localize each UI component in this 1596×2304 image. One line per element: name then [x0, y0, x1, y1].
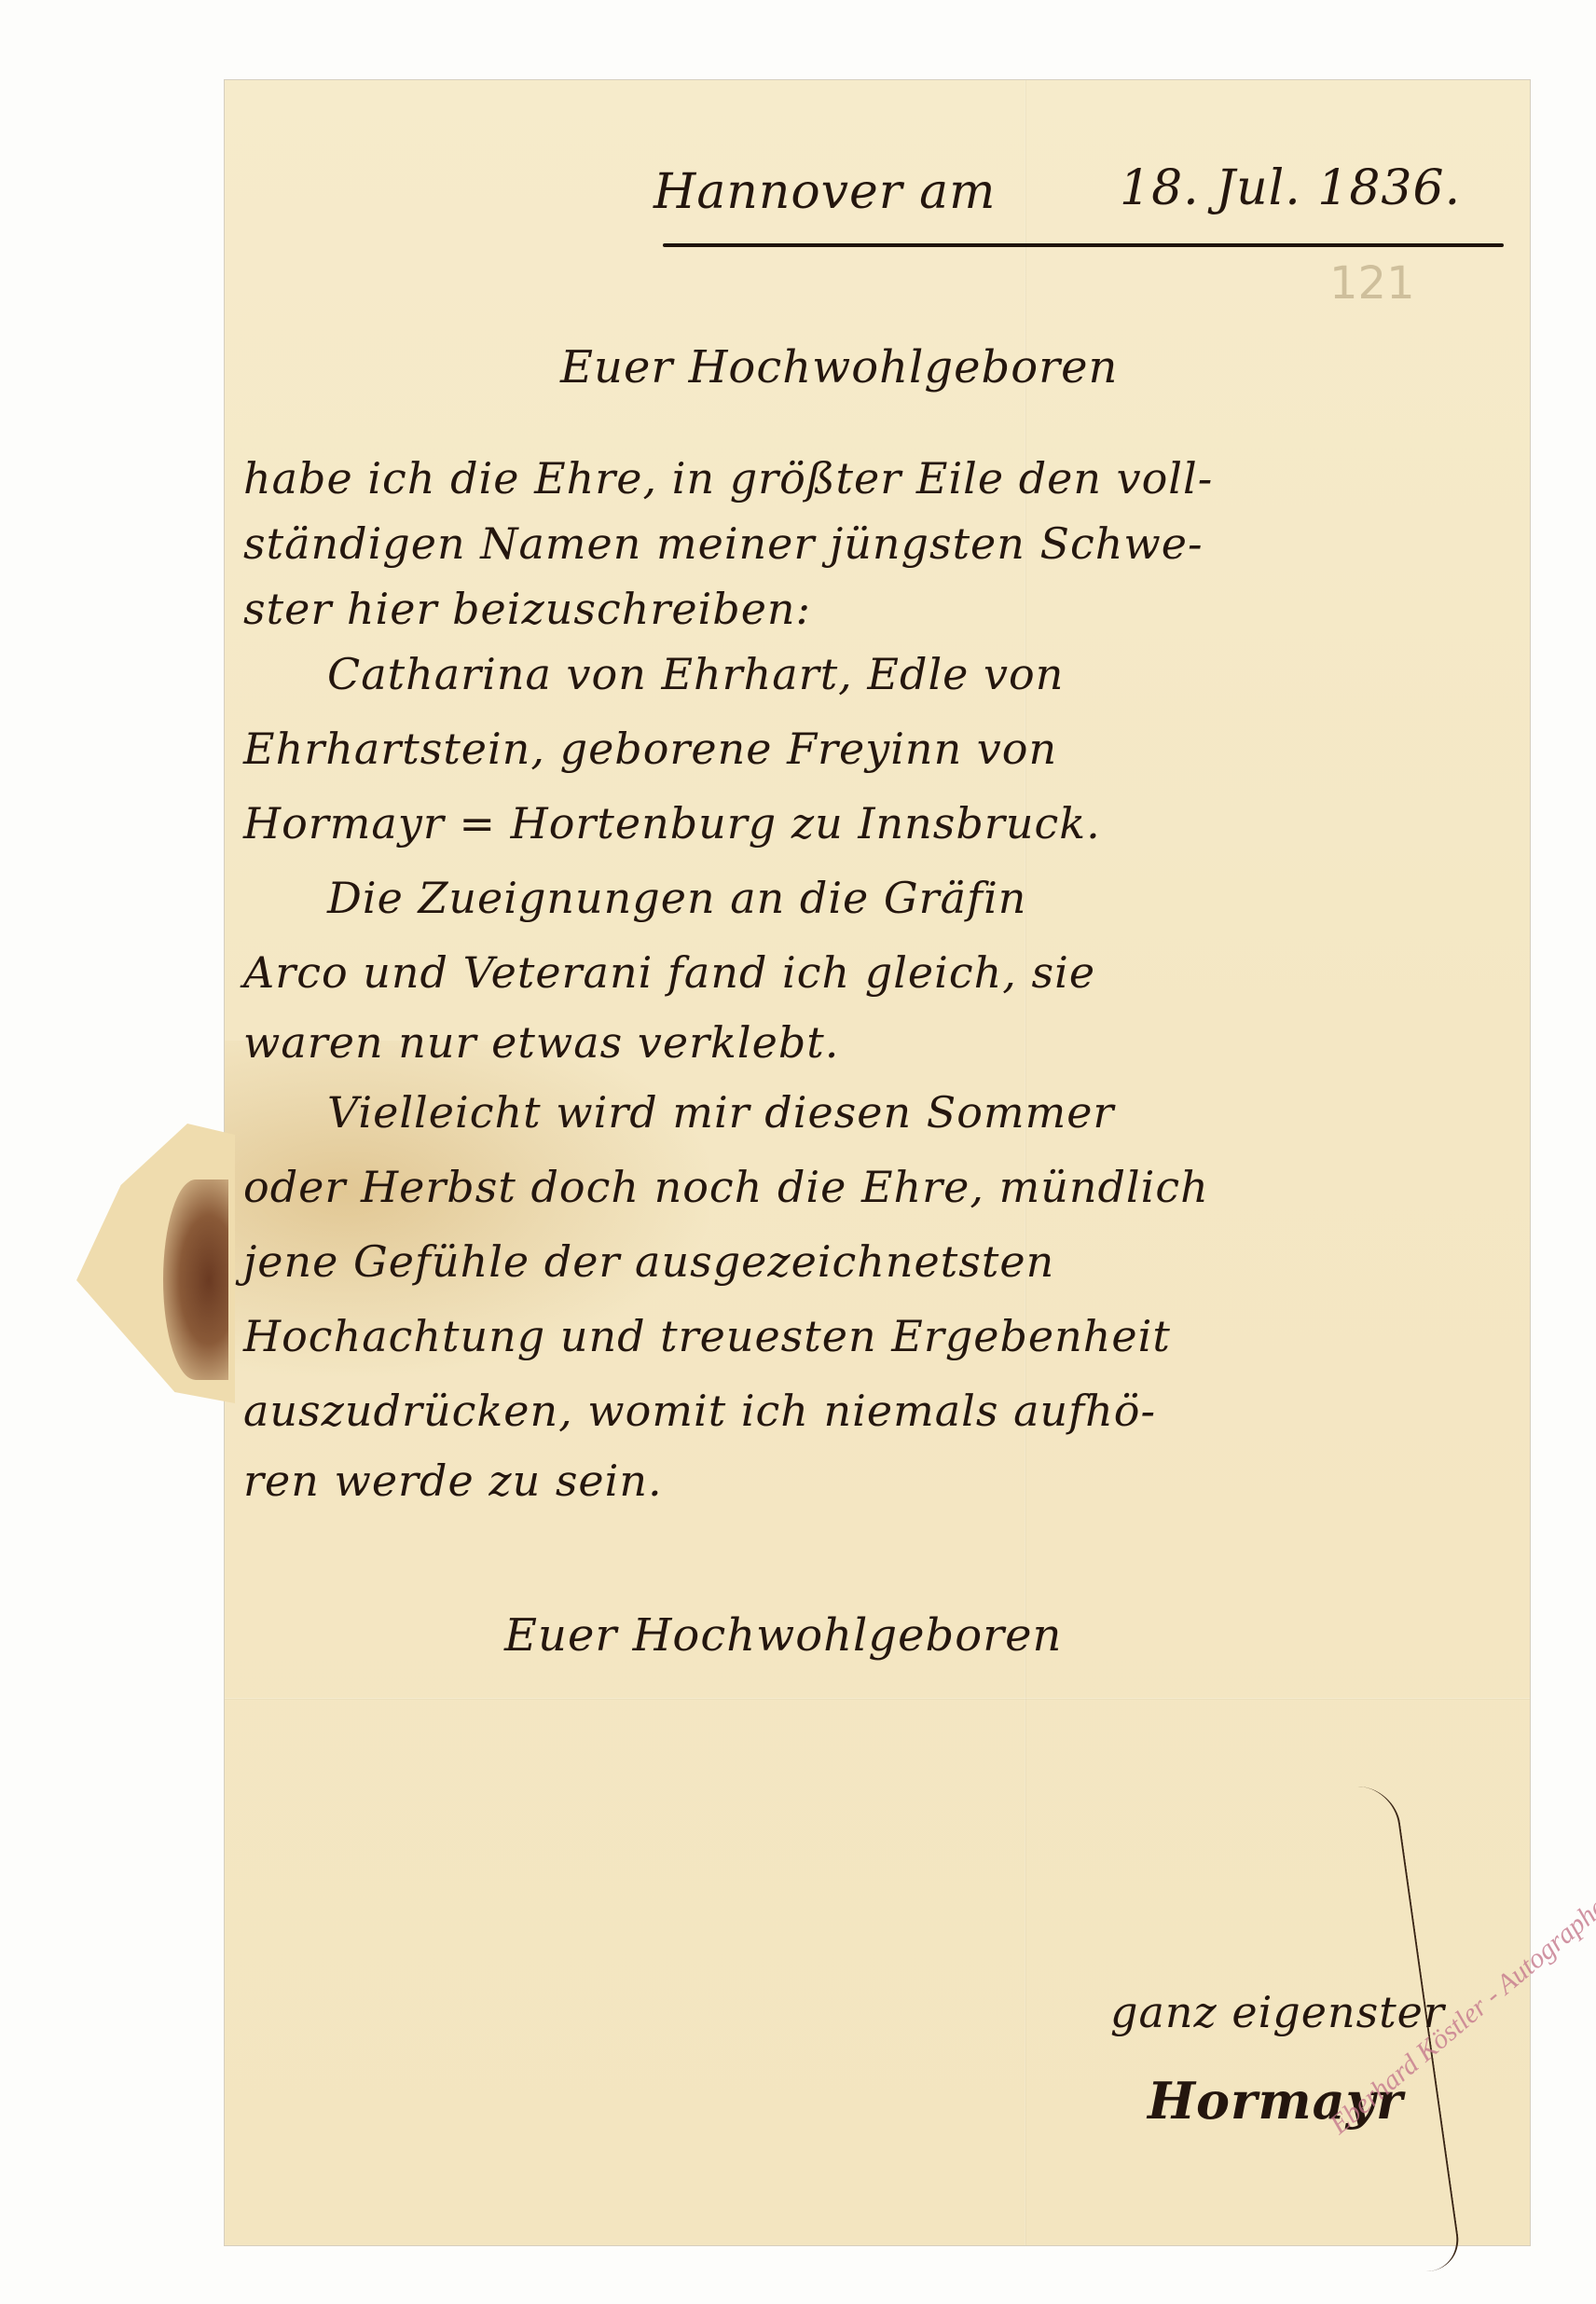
closing-salutation: Euer Hochwohlgeboren	[504, 1609, 1062, 1662]
opening-salutation: Euer Hochwohlgeboren	[560, 341, 1118, 393]
body-line: ständigen Namen meiner jüngsten Schwe-	[243, 518, 1204, 569]
letter-place: Hannover am	[654, 164, 996, 220]
pencil-archive-number: 121	[1329, 257, 1415, 310]
letter-paper: Hannover am 18. Jul. 1836. 121 Euer Hoch…	[225, 80, 1530, 2245]
body-line: Hochachtung und treuesten Ergebenheit	[243, 1311, 1171, 1361]
body-line: Vielleicht wird mir diesen Sommer	[327, 1087, 1114, 1138]
horizontal-fold-crease	[225, 1698, 1530, 1700]
wax-seal-remnant	[163, 1180, 228, 1380]
complimentary-close: ganz eigenster	[1110, 1987, 1445, 2037]
body-line: Die Zueignungen an die Gräfin	[327, 873, 1026, 923]
body-line: habe ich die Ehre, in größter Eile den v…	[243, 453, 1213, 504]
body-line: Ehrhartstein, geborene Freyinn von	[243, 724, 1057, 774]
body-line: waren nur etwas verklebt.	[243, 1017, 839, 1068]
body-line: oder Herbst doch noch die Ehre, mündlich	[243, 1162, 1209, 1212]
body-line: ster hier beizuschreiben:	[243, 584, 811, 634]
letter-date: 18. Jul. 1836.	[1120, 160, 1461, 216]
body-line: Arco und Veterani fand ich gleich, sie	[243, 947, 1095, 998]
body-line: jene Gefühle der ausgezeichnetsten	[243, 1236, 1054, 1287]
header-underline	[663, 243, 1504, 247]
body-line: Hormayr = Hortenburg zu Innsbruck.	[243, 798, 1101, 848]
body-line: auszudrücken, womit ich niemals aufhö-	[243, 1386, 1156, 1436]
body-line: ren werde zu sein.	[243, 1456, 663, 1506]
body-line: Catharina von Ehrhart, Edle von	[327, 649, 1064, 699]
